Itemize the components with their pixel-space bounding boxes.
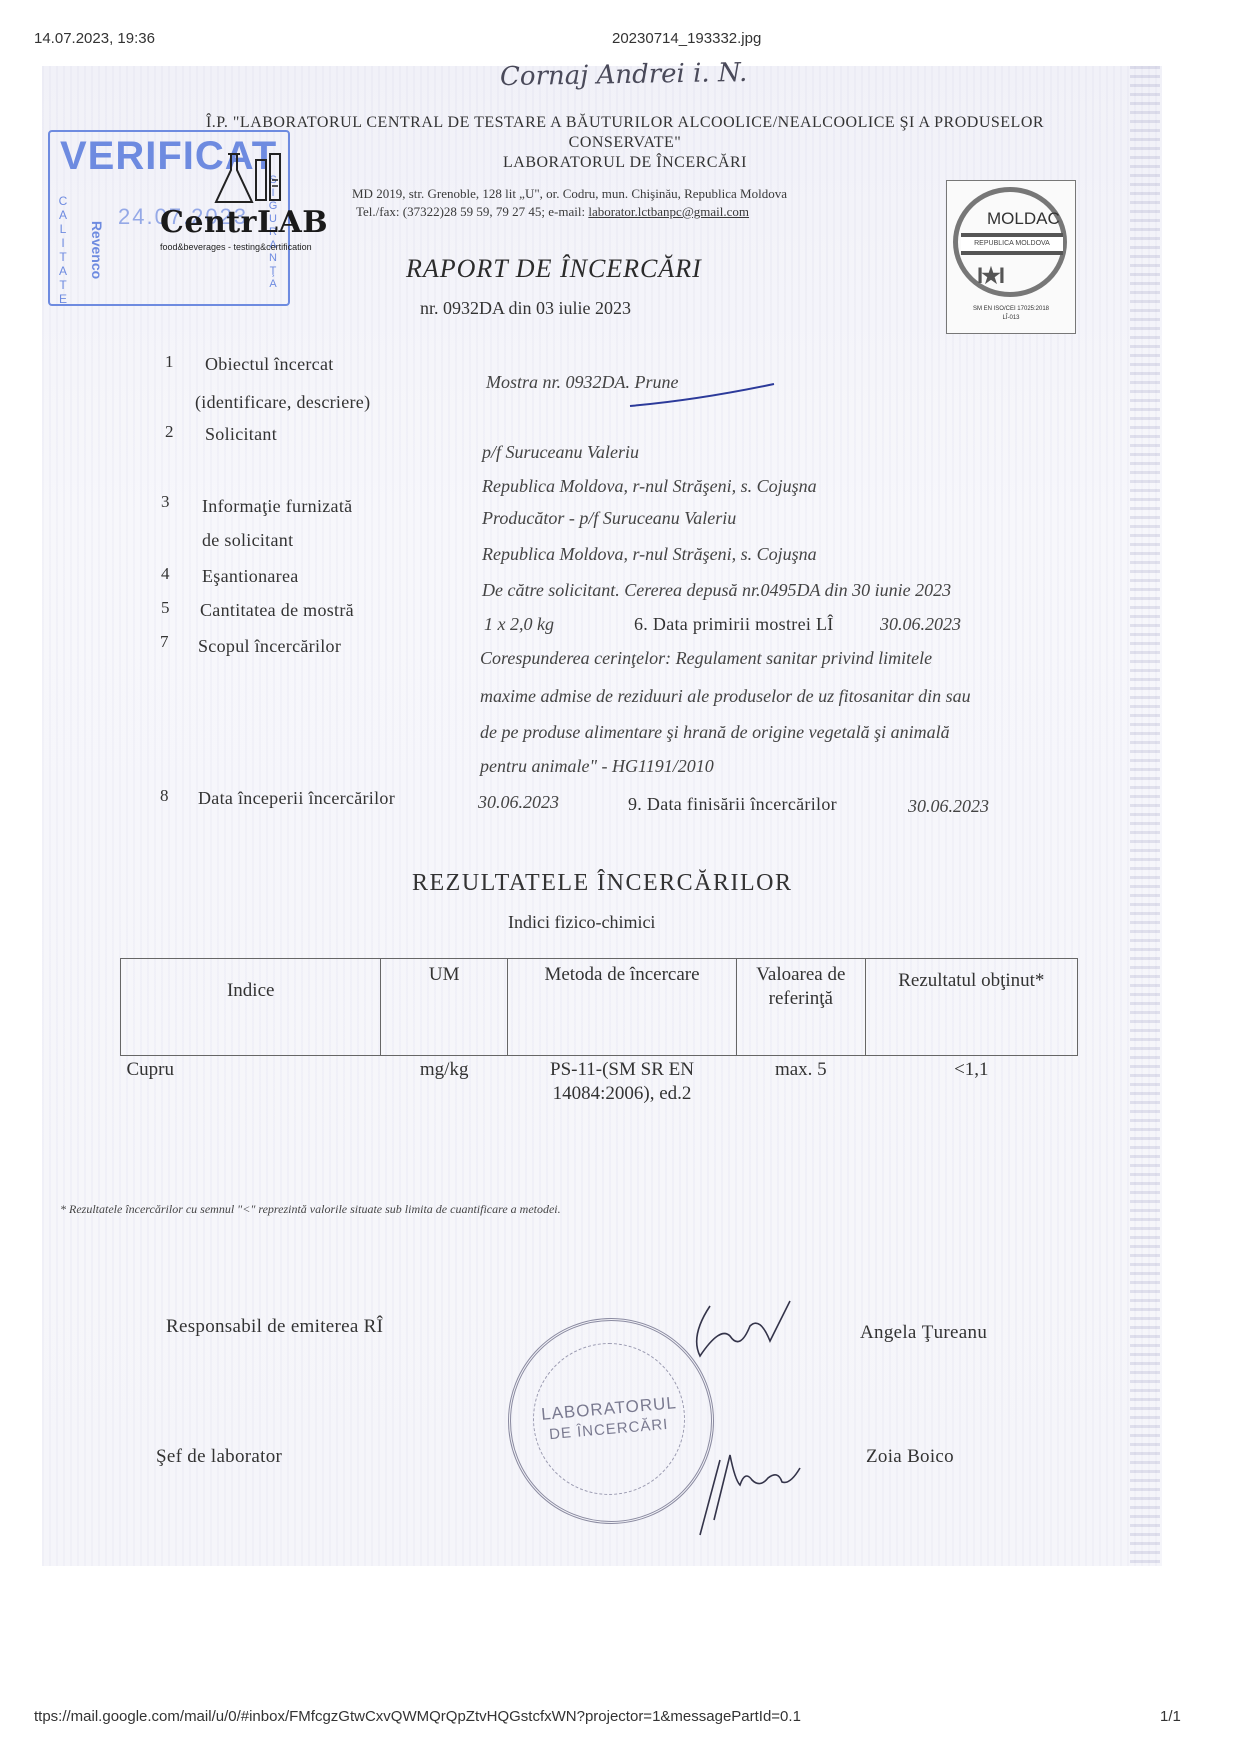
col-indice: Indice [121,959,381,1056]
field-4-value: De către solicitant. Cererea depusă nr.0… [482,580,951,601]
print-datetime: 14.07.2023, 19:36 [34,30,155,47]
org-email-link[interactable]: laborator.lctbanpc@gmail.com [588,204,749,219]
field-3-value-producer: Producător - p/f Suruceanu Valeriu [482,508,736,529]
field-5-value: 1 x 2,0 kg [484,614,554,635]
table-row: Cupru mg/kg PS-11-(SM SR EN14084:2006), … [121,1056,1078,1109]
field-2-value-address: Republica Moldova, r-nul Străşeni, s. Co… [482,476,817,497]
report-title: RAPORT DE ÎNCERCĂRI [406,254,702,284]
signature-mark-1 [680,1296,800,1376]
field-9-value: 30.06.2023 [908,796,989,817]
field-3-label-sub: de solicitant [202,530,293,551]
org-contact: Tel./fax: (37322)28 59 59, 79 27 45; e-m… [356,204,749,220]
results-heading: REZULTATELE ÎNCERCĂRILOR [412,870,793,897]
field-1-label: Obiectul încercat [205,354,334,375]
col-referinta: Valoarea de referinţă [737,959,866,1056]
col-metoda: Metoda de încercare [507,959,736,1056]
signature-role-head: Şef de laborator [156,1446,282,1468]
revenco-brand: Revenco [89,221,105,279]
field-1-number: 1 [165,352,174,372]
field-3-number: 3 [161,492,170,512]
field-8-number: 8 [160,786,169,806]
field-7-value-line4: pentru animale" - HG1191/2010 [480,756,714,777]
cell-indice: Cupru [121,1056,381,1109]
org-name-line3: LABORATORUL DE ÎNCERCĂRI [150,154,1100,172]
pen-underline-mark [628,380,778,410]
field-9-label: 9. Data finisării încercărilor [628,794,837,815]
cell-metoda: PS-11-(SM SR EN14084:2006), ed.2 [507,1056,736,1109]
print-footer-url: ttps://mail.google.com/mail/u/0/#inbox/F… [34,1708,801,1725]
field-7-number: 7 [160,632,169,652]
moldac-accreditation-logo: MOLDAC REPUBLICA MOLDOVA I★I SM EN ISO/C… [946,180,1076,334]
field-7-value-line3: de pe produse alimentare şi hrană de ori… [480,722,950,743]
moldac-name: MOLDAC [987,209,1060,229]
field-8-label: Data începerii încercărilor [198,788,395,809]
field-2-number: 2 [165,422,174,442]
field-5-number: 5 [161,598,170,618]
col-um: UM [381,959,508,1056]
report-number: nr. 0932DA din 03 iulie 2023 [420,298,631,319]
handwritten-note: Cornaj Andrei i. N. [500,58,748,92]
field-7-value-line1: Corespunderea cerinţelor: Regulament san… [480,648,932,669]
accreditation-mark-icon: I★I [977,263,1003,289]
org-address: MD 2019, str. Grenoble, 128 lit „U", or.… [352,186,787,202]
results-header-row: Indice UM Metoda de încercare Valoarea d… [121,959,1078,1056]
field-4-label: Eşantionarea [202,566,299,587]
org-name-line1: Î.P. "LABORATORUL CENTRAL DE TESTARE A B… [150,114,1100,132]
centrlab-tagline: food&beverages - testing&certification [160,242,312,252]
results-subheading: Indici fizico-chimici [508,912,655,933]
results-footnote: * Rezultatele încercărilor cu semnul "<"… [60,1202,561,1217]
col-rezultat: Rezultatul obţinut* [865,959,1077,1056]
field-3-value-address: Republica Moldova, r-nul Străşeni, s. Co… [482,544,817,565]
signature-name-responsible: Angela Ţureanu [860,1322,987,1344]
calitate-vertical-text: CALITATE [56,194,70,306]
cell-rezultat: <1,1 [865,1056,1077,1109]
signature-name-head: Zoia Boico [866,1446,954,1468]
field-3-label: Informaţie furnizată [202,496,352,517]
cell-referinta: max. 5 [737,1056,866,1109]
field-5-label: Cantitatea de mostră [200,600,354,621]
signature-mark-2 [690,1440,830,1540]
print-filename: 20230714_193332.jpg [612,30,761,47]
signature-role-responsible: Responsabil de emiterea RÎ [166,1316,383,1338]
field-2-value-name: p/f Suruceanu Valeriu [482,442,639,463]
org-phone: Tel./fax: (37322)28 59 59, 79 27 45; e-m… [356,204,588,219]
field-8-value: 30.06.2023 [478,792,559,813]
moldac-standard: SM EN ISO/CEI 17025:2018LÎ-013 [947,305,1075,323]
field-4-number: 4 [161,564,170,584]
field-6-value: 30.06.2023 [880,614,961,635]
field-1-label-sub: (identificare, descriere) [195,392,370,413]
cell-um: mg/kg [381,1056,508,1109]
org-name-line2: CONSERVATE" [150,134,1100,152]
centrlab-logo: CentrLAB [160,205,328,240]
scan-edge-artifact [1130,66,1160,1566]
field-7-value-line2: maxime admise de reziduuri ale produselo… [480,686,971,707]
field-2-label: Solicitant [205,424,277,445]
field-7-label: Scopul încercărilor [198,636,341,657]
print-footer-page: 1/1 [1160,1708,1181,1725]
results-table: Indice UM Metoda de încercare Valoarea d… [120,958,1078,1108]
moldac-country: REPUBLICA MOLDOVA [961,233,1063,255]
field-6-label: 6. Data primirii mostrei LÎ [634,614,834,635]
